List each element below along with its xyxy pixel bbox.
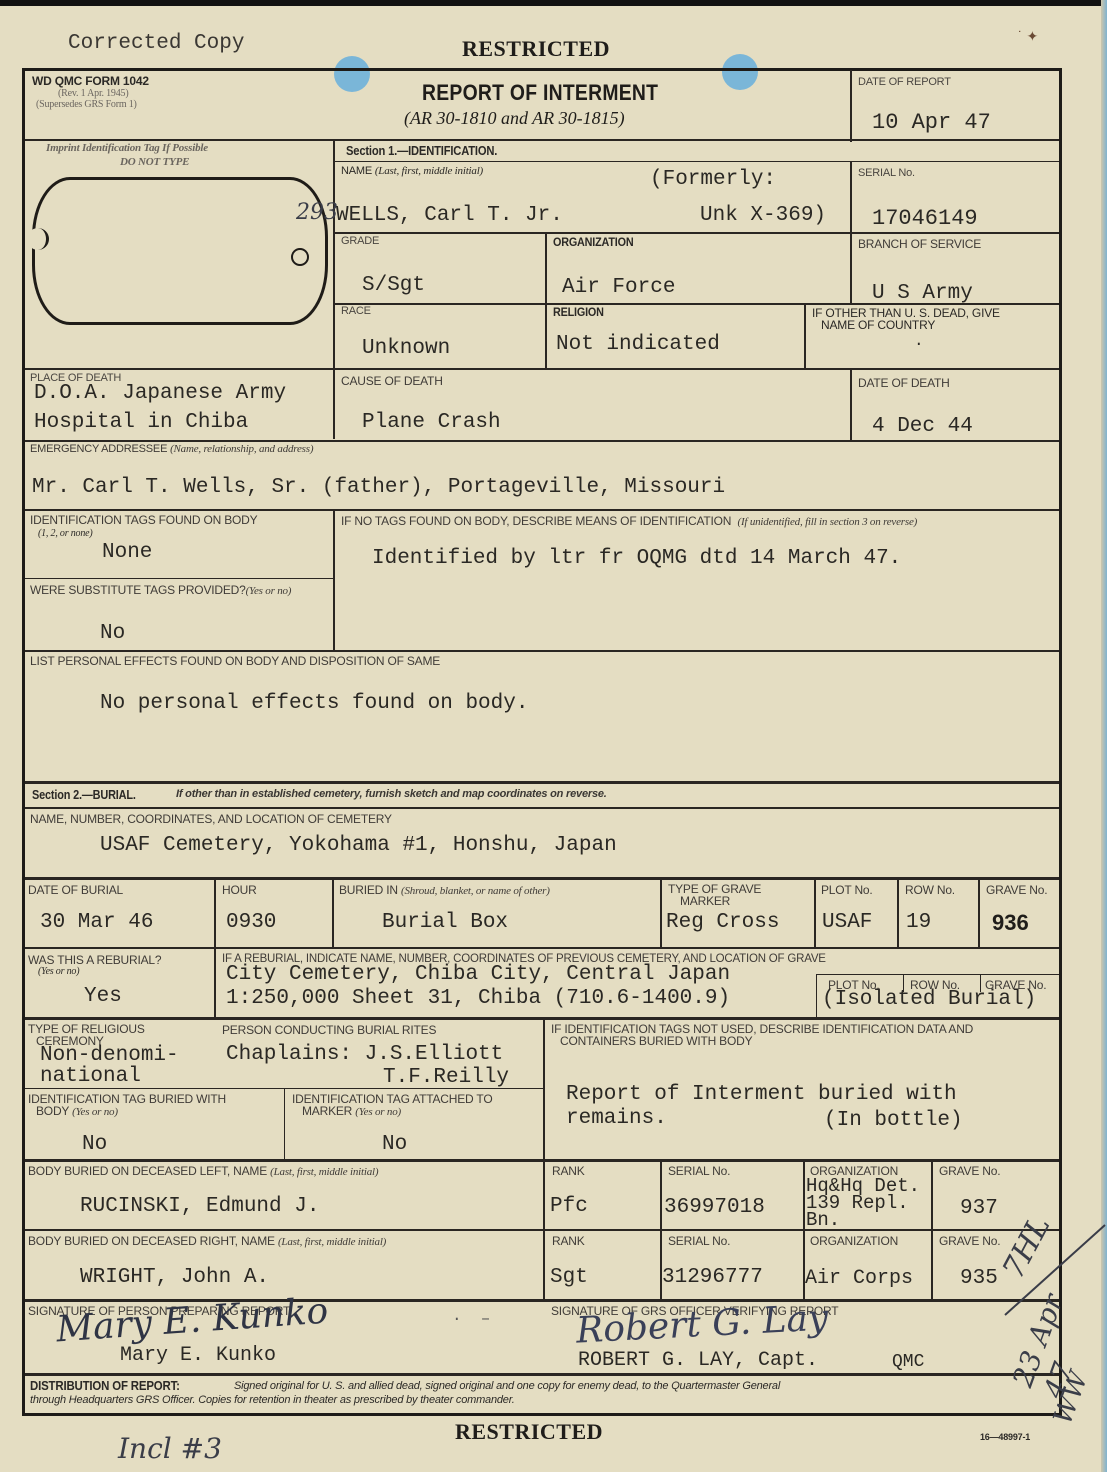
cause-of-death-label: CAUSE OF DEATH: [341, 374, 443, 388]
buried-in-label: BURIED IN (Shroud, blanket, or name of o…: [339, 883, 550, 897]
grade-label: GRADE: [341, 235, 379, 247]
section1-title: Section 1.—IDENTIFICATION.: [346, 143, 497, 158]
containers-line2: remains.: [566, 1107, 667, 1130]
containers-line1: Report of Interment buried with: [566, 1083, 957, 1106]
right-rank-label: RANK: [552, 1234, 585, 1248]
substitute-tags-value: No: [100, 622, 125, 645]
stain-marks: ˙ ✦: [1018, 28, 1038, 45]
tag-hole-icon: [291, 248, 309, 266]
right-grave-label: GRAVE No.: [939, 1234, 1000, 1248]
hour-value: 0930: [226, 911, 276, 934]
date-of-death-label: DATE OF DEATH: [858, 376, 950, 390]
ceremony-line2: national: [40, 1065, 141, 1088]
officer-typed-name: ROBERT G. LAY, Capt.: [578, 1349, 818, 1372]
left-body-label: BODY BURIED ON DECEASED LEFT, NAME (Last…: [28, 1164, 378, 1178]
left-serial-value: 36997018: [664, 1196, 765, 1219]
right-rank-value: Sgt: [550, 1266, 588, 1289]
substitute-tags-label: WERE SUBSTITUTE TAGS PROVIDED?(Yes or no…: [30, 583, 291, 597]
race-value: Unknown: [362, 337, 450, 360]
incl-annotation: Incl #3: [118, 1432, 222, 1465]
reburial-value: Yes: [84, 985, 122, 1008]
marker-label: TYPE OF GRAVE MARKER: [668, 883, 761, 907]
branch-value: U S Army: [872, 282, 973, 305]
tag-marker-value: No: [382, 1133, 407, 1156]
section2-title: Section 2.—BURIAL.: [32, 787, 136, 802]
date-of-report-value: 10 Apr 47: [872, 110, 991, 135]
grade-value: S/Sgt: [362, 274, 425, 297]
containers-line2b: (In bottle): [824, 1109, 963, 1132]
date-of-report-label: DATE OF REPORT: [858, 76, 951, 88]
previous-cemetery-line1: City Cemetery, Chiba City, Central Japan: [226, 963, 730, 986]
rites-line1: Chaplains: J.S.Elliott: [226, 1043, 503, 1066]
left-org-value: Hq&Hq Det. 139 Repl. Bn.: [806, 1178, 920, 1229]
restricted-top: RESTRICTED: [462, 36, 610, 62]
do-not-type-instruction: DO NOT TYPE: [120, 156, 189, 168]
tag-marker-label: IDENTIFICATION TAG ATTACHED TO MARKER (Y…: [292, 1093, 492, 1118]
left-serial-label: SERIAL No.: [668, 1164, 730, 1178]
left-rank-label: RANK: [552, 1164, 585, 1178]
form-subtitle: (AR 30-1810 and AR 30-1815): [404, 108, 625, 129]
hour-label: HOUR: [222, 883, 257, 897]
preparer-typed-name: Mary E. Kunko: [120, 1344, 276, 1367]
tag-notch: [27, 228, 49, 250]
right-body-name: WRIGHT, John A.: [80, 1266, 269, 1289]
reburial-hint: (Yes or no): [38, 966, 79, 977]
formerly-line2: Unk X-369): [700, 204, 826, 227]
effects-value: No personal effects found on body.: [100, 692, 528, 715]
form-title: REPORT OF INTERMENT: [422, 80, 658, 106]
tags-found-label: IDENTIFICATION TAGS FOUND ON BODY: [30, 513, 257, 527]
reburial-label: WAS THIS A REBURIAL?: [28, 953, 161, 967]
serial-value: 17046149: [872, 206, 978, 231]
rites-line2: T.F.Reilly: [383, 1066, 509, 1089]
section2-hint: If other than in established cemetery, f…: [176, 788, 607, 800]
row-label: ROW No.: [905, 883, 955, 897]
ceremony-line1: Non-denomi-: [40, 1044, 179, 1067]
dash-mark: · –: [452, 1310, 490, 1328]
form-supersedes: (Supersedes GRS Form 1): [36, 99, 137, 110]
serial-label: SERIAL No.: [858, 167, 915, 179]
date-of-burial-value: 30 Mar 46: [40, 911, 153, 934]
handwritten-grave-number: 293: [296, 200, 338, 225]
place-of-death-line1: D.O.A. Japanese Army: [34, 382, 286, 405]
organization-label: ORGANIZATION: [553, 235, 633, 249]
distribution-line1: Signed original for U. S. and allied dea…: [234, 1380, 780, 1392]
rites-label: PERSON CONDUCTING BURIAL RITES: [222, 1023, 436, 1037]
imprint-tag-instruction: Imprint Identification Tag If Possible: [46, 142, 208, 154]
plot-value: USAF: [822, 911, 872, 934]
cemetery-value: USAF Cemetery, Yokohama #1, Honshu, Japa…: [100, 834, 617, 857]
organization-value: Air Force: [562, 276, 675, 299]
scan-top-edge: [0, 0, 1107, 6]
left-body-name: RUCINSKI, Edmund J.: [80, 1195, 319, 1218]
deceased-name: WELLS, Carl T. Jr.: [336, 204, 563, 227]
grave-label: GRAVE No.: [986, 883, 1047, 897]
containers-label: IF IDENTIFICATION TAGS NOT USED, DESCRIB…: [551, 1023, 973, 1047]
effects-label: LIST PERSONAL EFFECTS FOUND ON BODY AND …: [30, 654, 440, 668]
corrected-copy-stamp: Corrected Copy: [68, 32, 244, 55]
means-value: Identified by ltr fr OQMG dtd 14 March 4…: [372, 547, 901, 570]
grave-value: 936: [992, 910, 1029, 936]
tags-found-value: None: [102, 541, 152, 564]
country-label: IF OTHER THAN U. S. DEAD, GIVE NAME OF C…: [812, 307, 1000, 331]
previous-cemetery-line2: 1:250,000 Sheet 31, Chiba (710.6-1400.9): [226, 987, 730, 1010]
place-of-death-line2: Hospital in Chiba: [34, 411, 248, 434]
form-id: WD QMC FORM 1042: [32, 74, 149, 88]
dog-tag-outline: [32, 177, 328, 325]
plot-label: PLOT No.: [821, 883, 873, 897]
emergency-label: EMERGENCY ADDRESSEE (Name, relationship,…: [30, 443, 313, 455]
tag-buried-label: IDENTIFICATION TAG BURIED WITH BODY (Yes…: [28, 1093, 226, 1118]
religion-value: Not indicated: [556, 333, 720, 356]
right-org-value: Air Corps: [805, 1267, 913, 1290]
emergency-value: Mr. Carl T. Wells, Sr. (father), Portage…: [32, 476, 725, 499]
restricted-bottom: RESTRICTED: [455, 1419, 603, 1445]
row-value: 19: [906, 911, 931, 934]
left-grave-label: GRAVE No.: [939, 1164, 1000, 1178]
distribution-line2: through Headquarters GRS Officer. Copies…: [30, 1394, 515, 1406]
left-rank-value: Pfc: [550, 1195, 588, 1218]
right-serial-label: SERIAL No.: [668, 1234, 730, 1248]
left-grave-value: 937: [960, 1197, 998, 1220]
formerly-line1: (Formerly:: [650, 168, 776, 191]
tag-buried-value: No: [82, 1133, 107, 1156]
name-label: NAME (Last, first, middle initial): [341, 165, 483, 177]
race-label: RACE: [341, 305, 371, 317]
cemetery-label: NAME, NUMBER, COORDINATES, AND LOCATION …: [30, 812, 392, 826]
right-serial-value: 31296777: [662, 1266, 763, 1289]
marker-value: Reg Cross: [666, 911, 779, 934]
form-rev: (Rev. 1 Apr. 1945): [58, 88, 128, 99]
right-org-label: ORGANIZATION: [810, 1234, 898, 1248]
margin-slash-mark: [1000, 1215, 1107, 1325]
buried-in-value: Burial Box: [382, 911, 508, 934]
date-of-burial-label: DATE OF BURIAL: [28, 883, 123, 897]
distribution-label: DISTRIBUTION OF REPORT:: [30, 1378, 180, 1393]
country-value: .: [914, 332, 924, 350]
cause-of-death-value: Plane Crash: [362, 411, 501, 434]
religion-label: RELIGION: [553, 305, 604, 319]
date-of-death-value: 4 Dec 44: [872, 415, 973, 438]
officer-corps: QMC: [892, 1352, 924, 1372]
print-code: 16—48997-1: [980, 1432, 1030, 1442]
prev-location-value: (Isolated Burial): [822, 988, 1036, 1011]
branch-label: BRANCH OF SERVICE: [858, 237, 981, 251]
means-label: IF NO TAGS FOUND ON BODY, DESCRIBE MEANS…: [341, 514, 917, 528]
tags-found-hint: (1, 2, or none): [38, 528, 93, 539]
interment-report-page: Corrected Copy RESTRICTED ˙ ✦ WD QMC FOR…: [0, 0, 1107, 1472]
right-grave-value: 935: [960, 1267, 998, 1290]
right-body-label: BODY BURIED ON DECEASED RIGHT, NAME (Las…: [28, 1234, 386, 1248]
